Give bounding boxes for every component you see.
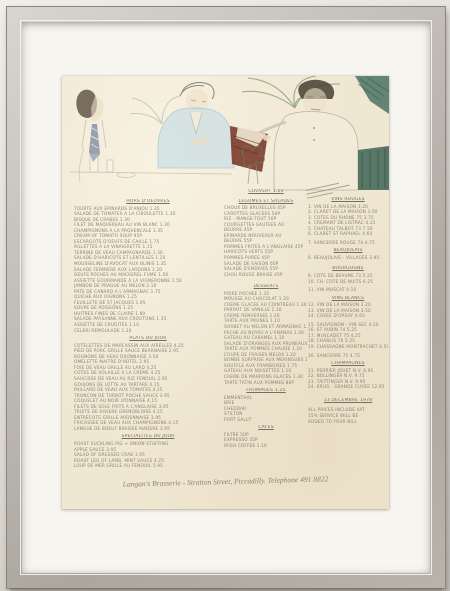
menu-column-wine-list: VINS ROUGES1. VIN DE LA MAISON 3.202. CL… [308,194,388,424]
banquette-sketch [358,146,389,190]
menu-section-header: VINS BLANCS [308,296,388,302]
menu-section-header: DESSERTS [224,284,308,290]
menu-line: 20. SANCERRE 75 4.75 [308,353,388,359]
silver-metal-frame: HORS D'OEUVRESTOURTE AUX EPINARDS D'ANJO… [7,7,445,588]
menu-section-header: FROMAGES 1.25 [224,388,308,394]
menu-artwork-paper: HORS D'OEUVRESTOURTE AUX EPINARDS D'ANJO… [62,76,389,509]
menu-line [308,390,388,395]
menu-section-header: VINS ROUGES [308,197,388,203]
menu-signature-line: Langan's Brasserie - Stratton Street, Pi… [62,473,389,491]
menu-section-header: 13 DECEMBRE 1978 [308,398,388,404]
photograph-background: HORS D'OEUVRESTOURTE AUX EPINARDS D'ANJO… [0,0,450,591]
menu-line: LANGUE DE BOEUF BRAISEE MADERE 3.95 [74,426,222,432]
menu-section-header: PLATS DU JOUR [74,336,222,342]
man-center-sketch [158,83,234,168]
menu-section-header: CAFES [224,425,308,431]
menu-section-header: CHAMPAGNES [308,361,388,367]
menu-section-header: BEAUJOLAIS [308,248,388,254]
menu-line: IRISH COFFEE 1.10 [224,443,308,449]
menu-line [224,277,308,281]
white-mat: HORS D'OEUVRESTOURTE AUX EPINARDS D'ANJO… [22,22,430,573]
pencil-sketch-three-men [62,76,389,196]
menu-line: CELERI REMOULADE 1.20 [74,328,222,334]
menu-section-header: COUVERT 1.25 [224,189,308,195]
menu-section-header: SPECIALITES DU JOUR [74,434,222,440]
menu-section-header: LEGUMES ET SALADES [224,199,308,205]
menu-line: ADDED TO YOUR BILL [308,419,388,425]
menu-line: LOUP DE MER GRILLE AU FENOUIL 5.95 [74,463,222,469]
menu-column-legumes-desserts: COUVERT 1.25LEGUMES ET SALADESCHOUX DE B… [224,186,308,449]
menu-line: PORT SALUT [224,417,308,423]
red-menu-in-hand-sketch [230,126,271,172]
menu-line: 11. VIN MUSCAT 4.10 [308,287,388,293]
menu-line: 7. SANCERRE ROUGE 74 4.75 [308,240,388,246]
menu-column-hors-doeuvres: HORS D'OEUVRESTOURTE AUX EPINARDS D'ANJO… [74,196,222,469]
menu-section-header: BOURGOGNE [308,266,388,272]
menu-line: TARTE TATIN AUX POMMES 80P [224,380,308,386]
teal-corner-foliage-sketch [355,76,389,114]
menu-line [308,260,388,263]
menu-section-header: HORS D'OEUVRES [74,199,222,205]
